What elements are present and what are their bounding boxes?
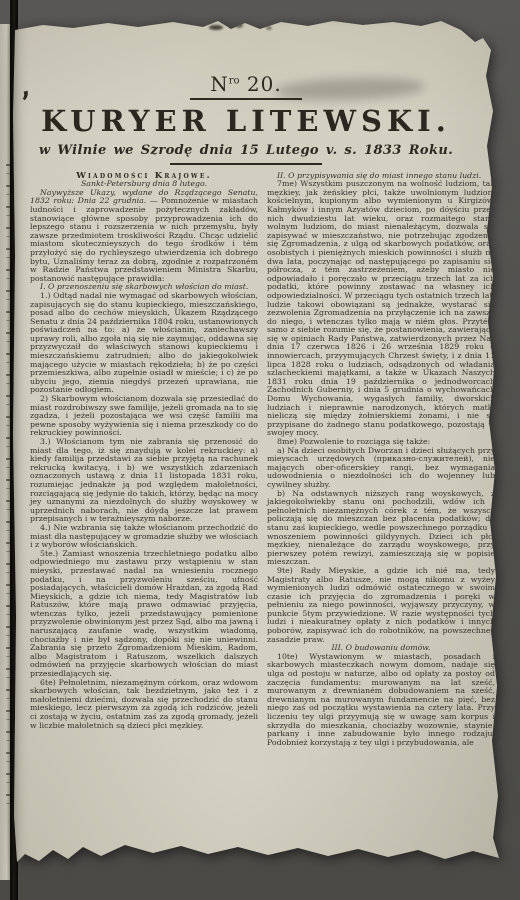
- newspaper-page-wrapper: ‚ Nro 20. KURYER LITEWSKI. w Wilnie we S…: [13, 16, 507, 877]
- left-column: Wiadomości Krajowe. Sankt-Petersburg dni…: [30, 172, 258, 748]
- issue-prefix: N: [210, 72, 229, 96]
- intro-body: Pomnożenie w miastach ludności i zaprowa…: [30, 196, 258, 282]
- issue-underline-rule: [190, 98, 302, 100]
- clause-paragraph: 1.) Odtąd nadal nie wymagać od skarbowyc…: [30, 292, 258, 395]
- clause-paragraph: 6te) Pełnoletnim, niezamężnym córkom, or…: [30, 679, 258, 731]
- clause-paragraph: 4.) Nie wzbrania się także włościanom pr…: [30, 524, 258, 550]
- dateline-underline-rule: [170, 163, 322, 165]
- clause-paragraph: 5te.) Zamiast wnoszenia trzechletniego p…: [30, 550, 258, 679]
- clause-paragraph: a) Na dzieci osobitych Dworzan i dzieci …: [267, 447, 495, 490]
- article-columns: Wiadomości Krajowe. Sankt-Petersburg dni…: [13, 165, 507, 748]
- clause-paragraph: b) Na odstawnych niższych rang woyskowyc…: [267, 490, 495, 567]
- clause-paragraph: 10te) Wystawionym w miastach, posadach i…: [267, 653, 495, 748]
- masthead: Nro 20. KURYER LITEWSKI. w Wilnie we Szr…: [0, 16, 493, 165]
- issue-superscript: ro: [229, 75, 240, 86]
- right-column: II. O przypisywania się do miast innego …: [267, 172, 495, 748]
- newspaper-title: KURYER LITEWSKI.: [0, 104, 493, 138]
- masthead-dateline: w Wilnie we Szrodę dnia 15 Lutego v. s. …: [0, 143, 493, 158]
- clause-paragraph: 2) Skarbowym włościanom dozwala się prze…: [30, 395, 258, 438]
- clause-paragraph: 9te) Rady Mieyskie, a gdzie ich nié ma, …: [267, 567, 495, 644]
- issue-number: Nro 20.: [0, 72, 493, 96]
- clause-paragraph: 3.) Włościanom tym nie zabrania się prze…: [30, 438, 258, 524]
- clause-paragraph: 7me) Wszystkim puszczonym na wolność lud…: [267, 180, 495, 438]
- newspaper-page: ‚ Nro 20. KURYER LITEWSKI. w Wilnie we S…: [13, 16, 507, 877]
- intro-paragraph: Naywyższe Ukazy, wydane do Rządzącego Se…: [30, 189, 258, 284]
- issue-value: 20.: [247, 72, 282, 96]
